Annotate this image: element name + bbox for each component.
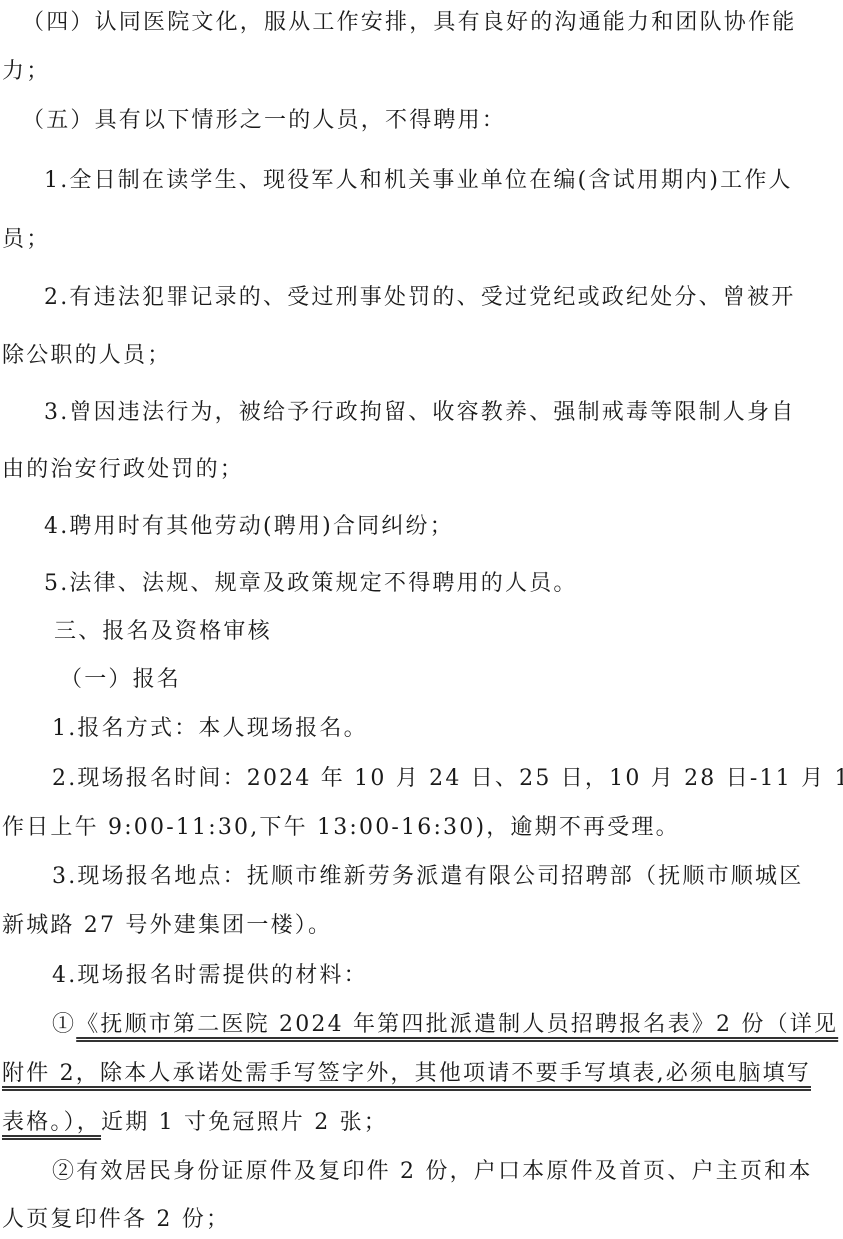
material-1-line-2: 附件 2，除本人承诺处需手写签字外，其他项请不要手写填表,必须电脑填写 <box>2 1059 811 1089</box>
material-1-line-3-rest: 近期 1 寸免冠照片 2 张； <box>101 1110 388 1135</box>
document-line: （一）报名 <box>60 665 181 695</box>
document-line: 新城路 27 号外建集团一楼）。 <box>2 911 332 941</box>
material-1-line-1: ①《抚顺市第二医院 2024 年第四批派遣制人员招聘报名表》2 份（详见 <box>52 1010 838 1040</box>
document-line: 2.有违法犯罪记录的、受过刑事处罚的、受过党纪或政纪处分、曾被开 <box>44 283 795 313</box>
document-page: （四）认同医院文化，服从工作安排，具有良好的沟通能力和团队协作能力；（五）具有以… <box>0 0 843 1239</box>
document-line: （五）具有以下情形之一的人员，不得聘用： <box>22 106 506 136</box>
material-2-line-1: ②有效居民身份证原件及复印件 2 份，户口本原件及首页、户主页和本 <box>52 1157 813 1187</box>
document-line: 作日上午 9:00-11:30,下午 13:00-16:30)，逾期不再受理。 <box>2 813 680 843</box>
document-line: 3.现场报名地点：抚顺市维新劳务派遣有限公司招聘部（抚顺市顺城区 <box>52 862 803 892</box>
document-line: 员； <box>2 225 50 255</box>
document-line: 除公职的人员； <box>2 341 171 371</box>
document-line: 力； <box>2 57 50 87</box>
material-2-line-2: 人页复印件各 2 份； <box>2 1205 230 1235</box>
material-1-line-3-underlined: 表格。）， <box>2 1110 101 1135</box>
material-1-line-3: 表格。），近期 1 寸免冠照片 2 张； <box>2 1108 388 1138</box>
registration-form-title-underlined: 《抚顺市第二医院 2024 年第四批派遣制人员招聘报名表》2 份（详见 <box>76 1012 838 1037</box>
document-line: 2.现场报名时间：2024 年 10 月 24 日、25 日，10 月 28 日… <box>52 764 843 794</box>
document-line: 5.法律、法规、规章及政策规定不得聘用的人员。 <box>44 569 578 599</box>
circled-number-1: ① <box>52 1012 76 1037</box>
document-line: 4.现场报名时需提供的材料： <box>52 961 368 991</box>
document-line: （四）认同医院文化，服从工作安排，具有良好的沟通能力和团队协作能 <box>22 8 796 38</box>
document-line: 三、报名及资格审核 <box>54 617 272 647</box>
document-line: 4.聘用时有其他劳动(聘用)合同纠纷； <box>44 512 454 542</box>
document-line: 3.曾因违法行为，被给予行政拘留、收容教养、强制戒毒等限制人身自 <box>44 398 795 428</box>
document-line: 由的治安行政处罚的； <box>2 455 244 485</box>
document-line: 1.报名方式：本人现场报名。 <box>52 714 368 744</box>
document-line: 1.全日制在读学生、现役军人和机关事业单位在编(含试用期内)工作人 <box>44 166 793 196</box>
